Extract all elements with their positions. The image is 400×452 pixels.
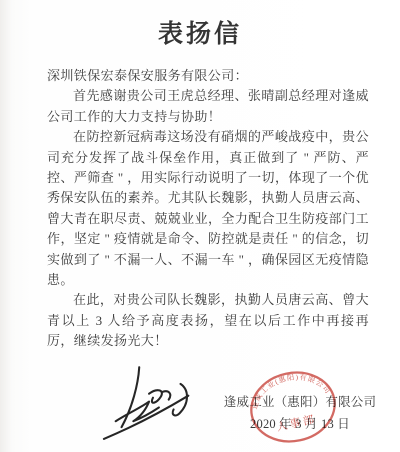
- paragraph-2: 在防控新冠病毒这场没有硝烟的严峻战疫中，贵公司充分发挥了战斗保垒作用，真正做到了…: [47, 127, 369, 290]
- letter-page: 表扬信 深圳铁保宏泰保安服务有限公司： 首先感谢贵公司王虎总经理、张晴副总经理对…: [0, 0, 400, 452]
- paragraph-1: 首先感谢贵公司王虎总经理、张晴副总经理对逢威公司工作的大力支持与协助！: [47, 86, 369, 127]
- signoff-block: 逢威工业（惠阳）有限公司 2020 年 3 月 13 日: [222, 391, 378, 435]
- salutation: 深圳铁保宏泰保安服务有限公司：: [47, 66, 369, 86]
- signoff-date: 2020 年 3 月 13 日: [222, 413, 378, 435]
- letter-body: 深圳铁保宏泰保安服务有限公司： 首先感谢贵公司王虎总经理、张晴副总经理对逢威公司…: [47, 66, 369, 352]
- signoff-company: 逢威工业（惠阳）有限公司: [222, 391, 378, 413]
- paragraph-3: 在此，对贵公司队长魏影，执勤人员唐云高、曾大青以上 3 人给予高度表扬，望在以后…: [47, 290, 369, 351]
- letter-title: 表扬信: [0, 14, 400, 50]
- handwritten-signature: [98, 364, 206, 448]
